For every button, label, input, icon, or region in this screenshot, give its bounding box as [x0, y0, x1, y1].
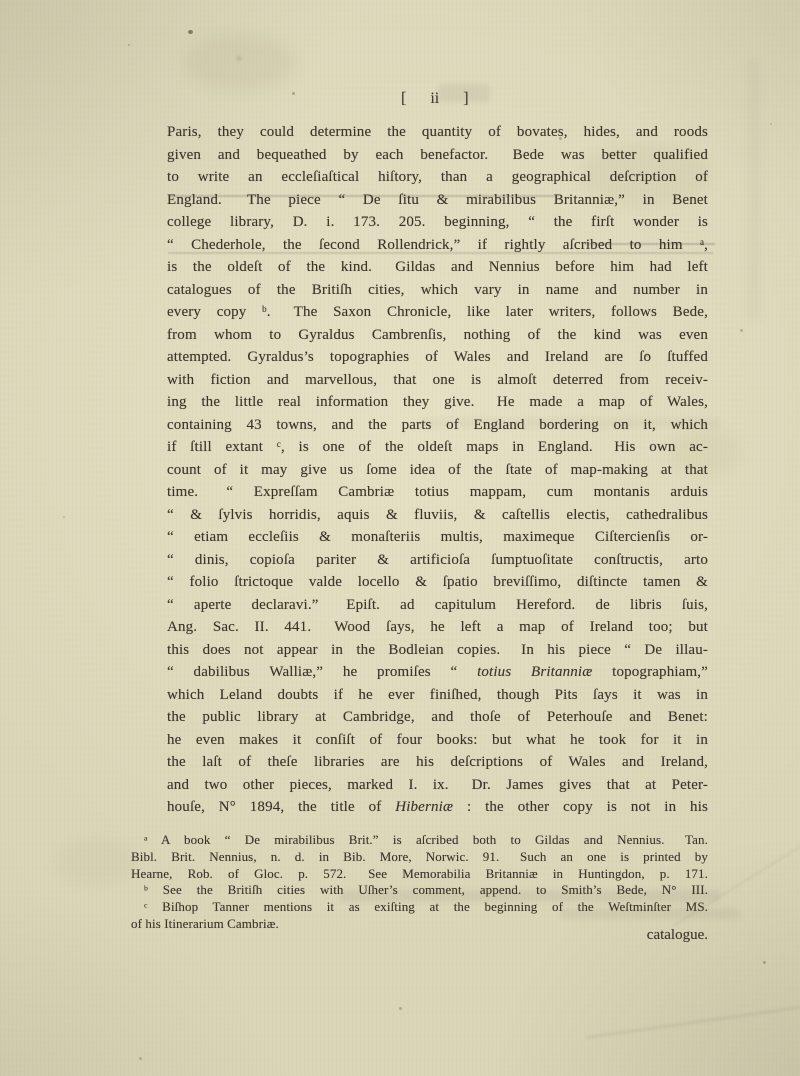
text-line: the laſt of theſe libraries are his deſc…: [167, 751, 708, 774]
text-line: and two other pieces, marked I. ix. Dr. …: [167, 774, 708, 797]
text-segment: topographiam,”: [592, 664, 708, 680]
text-segment: every copy: [167, 304, 262, 320]
paper-speck: [236, 56, 242, 61]
book-page: [ ii ] Paris, they could determine the q…: [0, 0, 800, 1076]
text-line: college library, D. i. 173. 205. beginni…: [167, 211, 708, 234]
text-line: every copy b. The Saxon Chronicle, like …: [167, 301, 708, 324]
text-line: ing the little real information they giv…: [167, 391, 708, 414]
text-line: “ folio ſtrictoque valde locello & ſpati…: [167, 571, 708, 594]
text-segment: houſe, N° 1894, the title of: [167, 799, 395, 815]
text-segment: containing 43 towns, and the parts of En…: [167, 417, 708, 433]
text-segment: count of it may give us ſome idea of the…: [167, 462, 708, 478]
text-segment: given and bequeathed by each benefactor.…: [167, 147, 708, 163]
text-line: “ aperte declaravi.” Epiſt. ad capitulum…: [167, 594, 708, 617]
text-line: Bibl. Brit. Nennius, n. d. in Bib. More,…: [131, 849, 708, 866]
text-line: if ſtill extant c, is one of the oldeſt …: [167, 436, 708, 459]
text-segment: which Leland doubts if he ever finiſhed,…: [167, 687, 708, 703]
text-line: England. The piece “ De ſitu & mirabilib…: [167, 189, 708, 212]
text-line: “ & ſylvis horridis, aquis & fluviis, & …: [167, 504, 708, 527]
text-segment: Paris, they could determine the quantity…: [167, 124, 708, 140]
text-line: which Leland doubts if he ever finiſhed,…: [167, 684, 708, 707]
paper-crease: [748, 60, 760, 320]
text-line: count of it may give us ſome idea of the…: [167, 459, 708, 482]
text-segment: Biſhop Tanner mentions it as exiſting at…: [148, 899, 708, 914]
paper-speck: [399, 1007, 402, 1010]
text-segment: : the other copy is not in his: [453, 799, 708, 815]
text-segment: attempted. Gyraldus’s topographies of Wa…: [167, 349, 708, 365]
text-line: Ang. Sac. II. 441. Wood ſays, he left a …: [167, 616, 708, 639]
text-line: catalogues of the Britiſh cities, which …: [167, 279, 708, 302]
text-segment: “ & ſylvis horridis, aquis & fluviis, & …: [167, 507, 708, 523]
text-line: with fiction and marvellous, that one is…: [167, 369, 708, 392]
paper-speck: [128, 44, 130, 46]
text-segment: totius Britanniæ: [477, 664, 592, 680]
text-segment: “ dabilibus Walliæ,” he promiſes “: [167, 664, 477, 680]
footnotes: a A book “ De mirabilibus Brit.” is aſcr…: [131, 832, 708, 933]
paper-crease: [586, 1004, 800, 1039]
text-line: b See the Britiſh cities with Uſher’s co…: [131, 882, 708, 899]
text-segment: catalogues of the Britiſh cities, which …: [167, 282, 708, 298]
text-line: he even makes it conſiſt of four books: …: [167, 729, 708, 752]
text-segment: , is one of the oldeſt maps in England. …: [281, 439, 708, 455]
text-line: time. “ Expreſſam Cambriæ totius mappam,…: [167, 481, 708, 504]
text-segment: Hiberniæ: [395, 799, 453, 815]
text-segment: of his Itinerarium Cambriæ.: [131, 916, 279, 931]
text-line: Paris, they could determine the quantity…: [167, 121, 708, 144]
text-segment: See the Britiſh cities with Uſher’s comm…: [148, 882, 708, 897]
text-segment: to write an eccleſiaſtical hiſtory, than…: [167, 169, 708, 185]
body-text: Paris, they could determine the quantity…: [167, 121, 708, 819]
paper-stain: [55, 840, 135, 885]
paper-speck: [188, 30, 193, 34]
text-segment: Ang. Sac. II. 441. Wood ſays, he left a …: [167, 619, 708, 635]
paper-stain: [185, 35, 295, 90]
text-line: to write an eccleſiaſtical hiſtory, than…: [167, 166, 708, 189]
text-segment: is the oldeſt of the kind. Gildas and Ne…: [167, 259, 708, 275]
text-line: “ dabilibus Walliæ,” he promiſes “ totiu…: [167, 661, 708, 684]
catchword: catalogue.: [647, 927, 708, 944]
text-segment: if ſtill extant: [167, 439, 277, 455]
text-line: containing 43 towns, and the parts of En…: [167, 414, 708, 437]
text-segment: this does not appear in the Bodleian cop…: [167, 642, 708, 658]
text-segment: A book “ De mirabilibus Brit.” is aſcrib…: [148, 832, 708, 847]
text-segment: “ etiam eccleſiis & monaſteriis multis, …: [167, 529, 708, 545]
text-segment: ,: [704, 237, 708, 253]
paper-speck: [63, 516, 65, 518]
text-segment: Hearne, Rob. of Gloc. p. 572. See Memora…: [131, 866, 708, 881]
text-segment: the laſt of theſe libraries are his deſc…: [167, 754, 708, 770]
text-segment: he even makes it conſiſt of four books: …: [167, 732, 708, 748]
text-segment: and two other pieces, marked I. ix. Dr. …: [167, 777, 708, 793]
text-segment: “ Chederhole, the ſecond Rollendrick,” i…: [167, 237, 700, 253]
text-segment: with fiction and marvellous, that one is…: [167, 372, 708, 388]
text-segment: from whom to Gyraldus Cambrenſis, nothin…: [167, 327, 708, 343]
catchword-text: catalogue.: [647, 927, 708, 943]
text-segment: England. The piece “ De ſitu & mirabilib…: [167, 192, 708, 208]
text-line: attempted. Gyraldus’s topographies of Wa…: [167, 346, 708, 369]
text-line: of his Itinerarium Cambriæ.: [131, 916, 708, 933]
text-line: given and bequeathed by each benefactor.…: [167, 144, 708, 167]
paper-speck: [770, 123, 772, 125]
text-line: “ Chederhole, the ſecond Rollendrick,” i…: [167, 234, 708, 257]
text-line: from whom to Gyraldus Cambrenſis, nothin…: [167, 324, 708, 347]
paper-speck: [763, 961, 766, 964]
text-line: “ etiam eccleſiis & monaſteriis multis, …: [167, 526, 708, 549]
text-segment: college library, D. i. 173. 205. beginni…: [167, 214, 708, 230]
text-line: a A book “ De mirabilibus Brit.” is aſcr…: [131, 832, 708, 849]
paper-speck: [292, 92, 295, 95]
text-segment: “ aperte declaravi.” Epiſt. ad capitulum…: [167, 597, 708, 613]
text-segment: ing the little real information they giv…: [167, 394, 708, 410]
text-segment: “ dinis, copioſa pariter & artificioſa ſ…: [167, 552, 708, 568]
text-line: is the oldeſt of the kind. Gildas and Ne…: [167, 256, 708, 279]
text-segment: . The Saxon Chronicle, like later writer…: [267, 304, 708, 320]
text-line: this does not appear in the Bodleian cop…: [167, 639, 708, 662]
text-line: c Biſhop Tanner mentions it as exiſting …: [131, 899, 708, 916]
text-segment: the public library at Cambridge, and tho…: [167, 709, 708, 725]
text-segment: time. “ Expreſſam Cambriæ totius mappam,…: [167, 484, 708, 500]
page-number: [ ii ]: [401, 90, 469, 108]
text-line: Hearne, Rob. of Gloc. p. 572. See Memora…: [131, 866, 708, 883]
text-line: the public library at Cambridge, and tho…: [167, 706, 708, 729]
text-segment: Bibl. Brit. Nennius, n. d. in Bib. More,…: [131, 849, 708, 864]
page-number-text: [ ii ]: [401, 90, 469, 107]
paper-speck: [139, 1057, 142, 1060]
text-segment: “ folio ſtrictoque valde locello & ſpati…: [167, 574, 708, 590]
text-line: houſe, N° 1894, the title of Hiberniæ : …: [167, 796, 708, 819]
text-line: “ dinis, copioſa pariter & artificioſa ſ…: [167, 549, 708, 572]
paper-speck: [740, 329, 743, 332]
